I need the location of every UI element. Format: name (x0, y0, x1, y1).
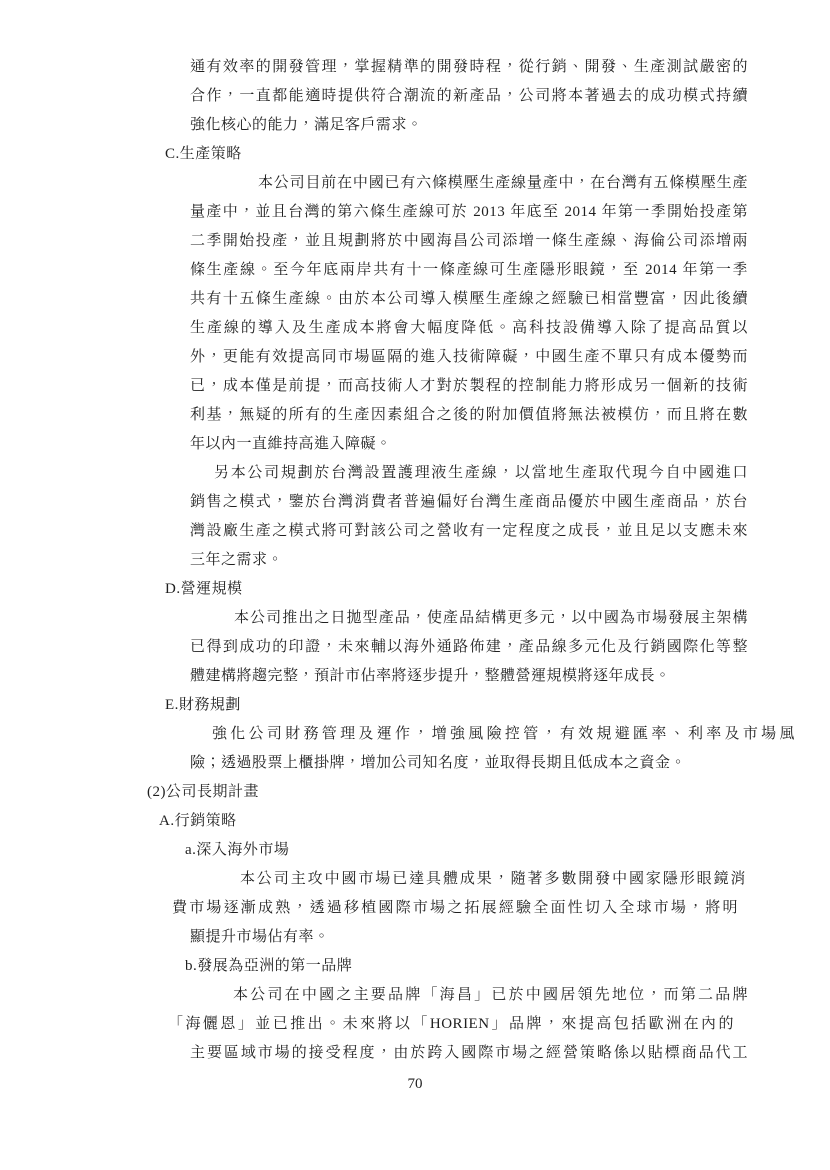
text-line: 另本公司規劃於台灣設置護理液生產線，以當地生產取代現今自中國進口 (214, 459, 748, 488)
text-line: 體建構將趨完整，預計市佔率將逐步提升，整體營運規模將逐年成長。 (190, 662, 830, 691)
text-line: 利基，無疑的所有的生產因素組合之後的附加價值將無法被模仿，而且將在數 (190, 401, 748, 430)
text-line: 生產線的導入及生產成本將會大幅度降低。高科技設備導入除了提高品質以 (190, 314, 748, 343)
heading-financial-planning: E.財務規劃 (165, 691, 830, 720)
text-line: 險；透過股票上櫃掛牌，增加公司知名度，並取得長期且低成本之資金。 (190, 749, 830, 778)
document-page: 通有效率的開發管理，掌握精準的開發時程，從行銷、開發、生產測試嚴密的 合作，一直… (0, 0, 830, 1170)
text-line: 本公司在中國之主要品牌「海昌」已於中國居領先地位，而第二品牌 (233, 981, 748, 1010)
text-line: 強化核心的能力，滿足客戶需求。 (190, 111, 830, 140)
heading-company-long-term-plan: (2)公司長期計畫 (147, 778, 830, 807)
heading-marketing-strategy: A.行銷策略 (159, 807, 830, 836)
text-line: 「海儷恩」並已推出。未來將以「HORIEN」品牌，來提高包括歐洲在內的 (168, 1010, 734, 1039)
text-line: 主要區域市場的接受程度，由於跨入國際市場之經營策略係以貼標商品代工 (190, 1039, 748, 1068)
text-line: 顯提升市場佔有率。 (190, 923, 830, 952)
text-line: 本公司目前在中國已有六條模壓生產線量產中，在台灣有五條模壓生產線 (258, 169, 748, 198)
text-line: 費市場逐漸成熟，透過移植國際市場之拓展經驗全面性切入全球市場，將明 (172, 894, 738, 923)
text-line: 年以內一直維持高進入障礙。 (190, 430, 830, 459)
text-line: 外，更能有效提高同市場區隔的進入技術障礙，中國生產不單只有成本優勢而 (190, 343, 748, 372)
text-line: 二季開始投產，並且規劃將於中國海昌公司添增一條生產線、海倫公司添增兩 (190, 227, 748, 256)
text-line: 灣設廠生產之模式將可對該公司之營收有一定程度之成長，並且足以支應未來 (190, 517, 748, 546)
heading-expand-overseas-markets: a.深入海外市場 (185, 836, 830, 865)
heading-operation-scale: D.營運規模 (165, 575, 830, 604)
text-line: 已得到成功的印證，未來輔以海外通路佈建，產品線多元化及行銷國際化等整 (190, 633, 748, 662)
text-line: 合作，一直都能適時提供符合潮流的新產品，公司將本著過去的成功模式持續 (190, 82, 748, 111)
text-line: 量產中，並且台灣的第六條生產線可於 2013 年底至 2014 年第一季開始投產… (190, 198, 748, 227)
text-line: 本公司主攻中國市場已達具體成果，隨著多數開發中國家隱形眼鏡消 (240, 865, 746, 894)
text-line: 本公司推出之日拋型產品，使產品結構更多元，以中國為市場發展主架構 (234, 604, 748, 633)
document-body: 通有效率的開發管理，掌握精準的開發時程，從行銷、開發、生產測試嚴密的 合作，一直… (0, 0, 830, 1068)
heading-production-strategy: C.生產策略 (165, 140, 830, 169)
text-line: 共有十五條生產線。由於本公司導入模壓生產線之經驗已相當豐富，因此後續 (190, 285, 748, 314)
text-line: 已，成本僅是前提，而高技術人才對於製程的控制能力將形成另一個新的技術 (190, 372, 748, 401)
page-number: 70 (0, 1070, 830, 1099)
text-line: 銷售之模式，鑒於台灣消費者普遍偏好台灣生產商品優於中國生產商品，於台 (190, 488, 748, 517)
text-line: 強化公司財務管理及運作，增強風險控管，有效規避匯率、利率及市場風 (212, 720, 795, 749)
heading-develop-asia-first-brand: b.發展為亞洲的第一品牌 (185, 952, 830, 981)
text-line: 通有效率的開發管理，掌握精準的開發時程，從行銷、開發、生產測試嚴密的 (190, 53, 748, 82)
text-line: 三年之需求。 (190, 546, 830, 575)
text-line: 條生產線。至今年底兩岸共有十一條產線可生產隱形眼鏡，至 2014 年第一季 (190, 256, 748, 285)
